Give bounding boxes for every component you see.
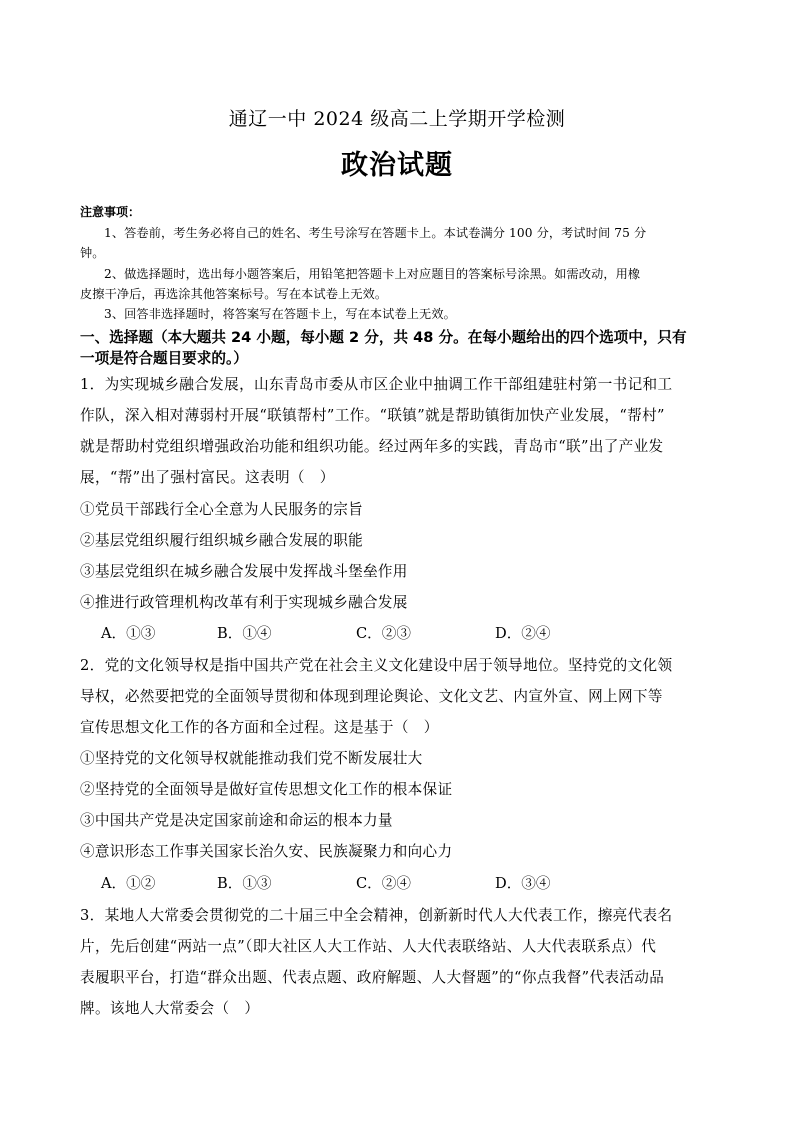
subject-title: 政治试题 <box>0 143 794 182</box>
exam-page: 通辽一中 2024 级高二上学期开学检测 政治试题 注意事项： 1、答卷前，考生… <box>0 0 794 1123</box>
answer-option-b[interactable]: B．①③ <box>217 872 272 893</box>
notice-line: 钟。 <box>80 244 105 261</box>
question-stem-line: 作队，深入相对薄弱村开展“联镇帮村”工作。“联镇”就是帮助镇街加快产业发展，“帮… <box>80 404 665 425</box>
statement-item: ③基层党组织在城乡融合发展中发挥战斗堡垒作用 <box>80 560 408 581</box>
answer-option-d[interactable]: D．③④ <box>495 872 550 893</box>
answer-option-a[interactable]: A．①② <box>101 872 155 893</box>
exam-title: 通辽一中 2024 级高二上学期开学检测 <box>0 104 794 131</box>
section-heading: 一项是符合题目要求的。） <box>80 347 248 368</box>
notice-line: 1、答卷前，考生务必将自己的姓名、考生号涂写在答题卡上。本试卷满分 100 分，… <box>104 224 646 241</box>
answer-option-a[interactable]: A．①③ <box>101 622 155 643</box>
notice-line: 2、做选择题时，选出每小题答案后，用铅笔把答题卡上对应题目的答案标号涂黑。如需改… <box>104 265 640 282</box>
answer-option-c[interactable]: C．②④ <box>356 872 411 893</box>
question-stem-line: 片，先后创建“两站一点”（即大社区人大工作站、人大代表联络站、人大代表联系点）代 <box>80 935 656 956</box>
statement-item: ①坚持党的文化领导权就能推动我们党不断发展壮大 <box>80 747 423 768</box>
question-stem-line: 2．党的文化领导权是指中国共产党在社会主义文化建设中居于领导地位。坚持党的文化领 <box>80 654 672 675</box>
question-stem-line: 导权，必然要把党的全面领导贯彻和体现到理论舆论、文化文艺、内宣外宣、网上网下等 <box>80 685 663 706</box>
answer-option-b[interactable]: B．①④ <box>217 622 272 643</box>
statement-item: ①党员干部践行全心全意为人民服务的宗旨 <box>80 498 363 519</box>
question-stem-line: 1．为实现城乡融合发展，山东青岛市委从市区企业中抽调工作干部组建驻村第一书记和工 <box>80 373 672 394</box>
question-stem-line: 展，“帮”出了强村富民。这表明（ ） <box>80 466 335 487</box>
statement-item: ④推进行政管理机构改革有利于实现城乡融合发展 <box>80 591 408 612</box>
question-stem-line: 3．某地人大常委会贯彻党的二十届三中全会精神，创新新时代人大代表工作，擦亮代表名 <box>80 904 672 925</box>
notice-heading: 注意事项： <box>80 203 140 220</box>
statement-item: ②坚持党的全面领导是做好宣传思想文化工作的根本保证 <box>80 778 452 799</box>
question-stem-line: 宣传思想文化工作的各方面和全过程。这是基于（ ） <box>80 716 439 737</box>
question-stem-line: 表履职平台，打造“群众出题、代表点题、政府解题、人大督题”的“你点我督”代表活动… <box>80 966 664 987</box>
question-stem-line: 就是帮助村党组织增强政治功能和组织功能。经过两年多的实践，青岛市“联”出了产业发 <box>80 435 664 456</box>
section-heading: 一、选择题（本大题共 24 小题，每小题 2 分，共 48 分。在每小题给出的四… <box>80 326 687 347</box>
statement-item: ③中国共产党是决定国家前途和命运的根本力量 <box>80 809 393 830</box>
statement-item: ④意识形态工作事关国家长治久安、民族凝聚力和向心力 <box>80 840 452 861</box>
answer-option-c[interactable]: C．②③ <box>356 622 411 643</box>
notice-line: 3、回答非选择题时，将答案写在答题卡上，写在本试卷上无效。 <box>104 305 456 322</box>
notice-line: 皮擦干净后，再选涂其他答案标号。写在本试卷上无效。 <box>80 285 387 302</box>
statement-item: ②基层党组织履行组织城乡融合发展的职能 <box>80 529 363 550</box>
question-stem-line: 牌。该地人大常委会（ ） <box>80 997 259 1018</box>
answer-option-d[interactable]: D．②④ <box>495 622 550 643</box>
